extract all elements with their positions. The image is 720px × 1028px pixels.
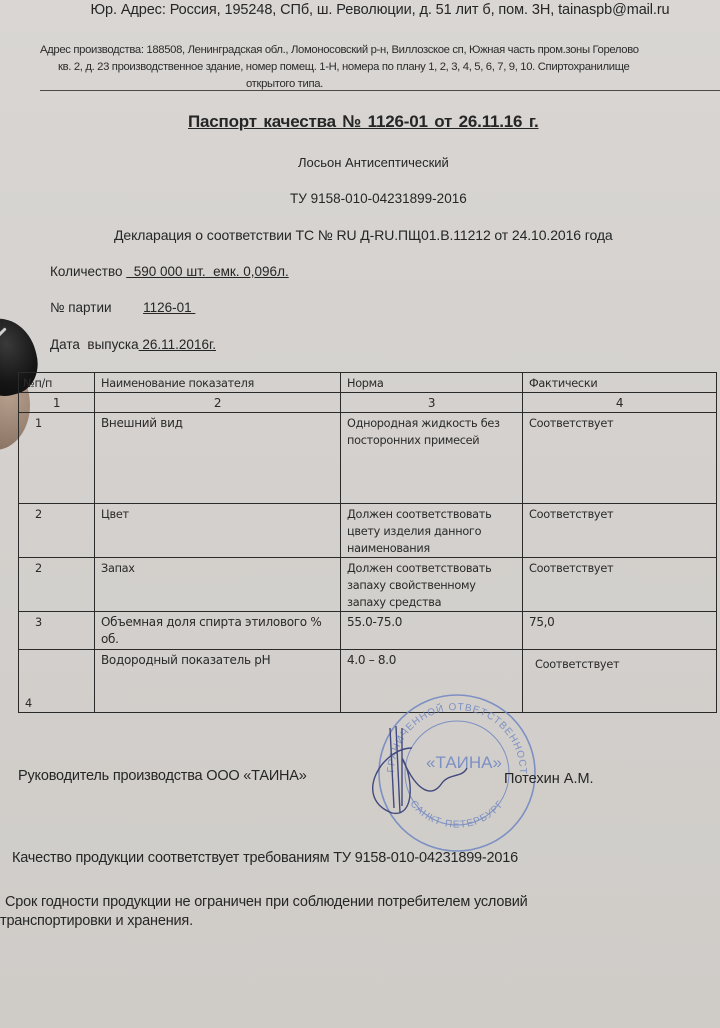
- batch-field: № партии 1126-01: [50, 300, 195, 315]
- release-date-field: Дата выпуска 26.11.2016г.: [50, 337, 216, 352]
- signer-name: Потехин А.М.: [504, 771, 594, 787]
- release-label: Дата выпуска: [50, 337, 139, 352]
- tu-code: ТУ 9158-010-04231899-2016: [290, 191, 467, 206]
- quantity-value: 590 000 шт. емк. 0,096л.: [126, 264, 288, 279]
- shelf-life-note: Срок годности продукции не ограничен при…: [0, 893, 528, 931]
- row-actual: Соответствует: [523, 413, 717, 504]
- column-number-cell: 2: [95, 393, 341, 413]
- row-actual: Соответствует: [523, 558, 717, 612]
- quantity-label: Количество: [50, 264, 123, 279]
- column-number-cell: 1: [19, 393, 95, 413]
- legal-address: Юр. Адрес: Россия, 195248, СПб, ш. Револ…: [0, 2, 720, 18]
- row-actual: 75,0: [523, 612, 717, 650]
- production-address-line: Адрес производства: 188508, Ленинградска…: [40, 42, 720, 59]
- batch-label: № партии: [50, 300, 112, 315]
- stamp-center-text: «ТАИНА»: [426, 753, 502, 772]
- row-name: Водородный показатель рН: [95, 650, 341, 713]
- product-name: Лосьон Антисептический: [298, 155, 449, 170]
- production-address-line: кв. 2, д. 23 производственное здание, но…: [40, 59, 720, 76]
- production-address: Адрес производства: 188508, Ленинградска…: [40, 42, 720, 93]
- row-norm: Однородная жидкость без посторонних прим…: [341, 413, 523, 504]
- row-actual: Соответствует: [523, 650, 717, 713]
- row-name: Запах: [95, 558, 341, 612]
- column-number-cell: 4: [523, 393, 717, 413]
- row-name: Цвет: [95, 504, 341, 558]
- table-header-row: №п/п Наименование показателя Норма Факти…: [19, 373, 717, 393]
- batch-value: 1126-01: [143, 300, 195, 315]
- table-row: 4 Водородный показатель рН 4.0 – 8.0 Соо…: [19, 650, 717, 713]
- row-name: Внешний вид: [95, 413, 341, 504]
- table-row: 2 Запах Должен соответствовать запаху св…: [19, 558, 717, 612]
- header-divider: [40, 90, 720, 91]
- signature-label: Руководитель производства ООО «ТАИНА»: [18, 768, 307, 784]
- row-number: 2: [19, 558, 95, 612]
- header-cell: Фактически: [523, 373, 717, 393]
- header-cell: №п/п: [19, 373, 95, 393]
- row-number: 3: [19, 612, 95, 650]
- row-norm: Должен соответствовать запаху свойственн…: [341, 558, 523, 612]
- row-number: 1: [19, 413, 95, 504]
- declaration: Декларация о соответствии ТС № RU Д-RU.П…: [114, 227, 613, 243]
- table-row: 1 Внешний вид Однородная жидкость без по…: [19, 413, 717, 504]
- quantity-field: Количество 590 000 шт. емк. 0,096л.: [50, 264, 289, 279]
- table-row: 2 Цвет Должен соответствовать цвету изде…: [19, 504, 717, 558]
- stamp-ring-bottom: САНКТ-ПЕТЕРБУРГ: [408, 799, 507, 831]
- column-number-cell: 3: [341, 393, 523, 413]
- row-norm: Должен соответствовать цвету изделия дан…: [341, 504, 523, 558]
- quality-table: №п/п Наименование показателя Норма Факти…: [18, 372, 717, 713]
- shelf-life-line: транспортировки и хранения.: [0, 912, 528, 931]
- header-cell: Наименование показателя: [95, 373, 341, 393]
- row-number: 2: [19, 504, 95, 558]
- row-actual: Соответствует: [523, 504, 717, 558]
- row-name: Объемная доля спирта этилового % об.: [95, 612, 341, 650]
- table-row: 3 Объемная доля спирта этилового % об. 5…: [19, 612, 717, 650]
- release-value: 26.11.2016г.: [139, 337, 216, 352]
- document-title: Паспорт качества № 1126-01 от 26.11.16 г…: [188, 112, 539, 132]
- quality-compliance-note: Качество продукции соответствует требова…: [12, 850, 518, 866]
- row-norm: 55.0-75.0: [341, 612, 523, 650]
- header-cell: Норма: [341, 373, 523, 393]
- row-number: 4: [19, 650, 95, 713]
- shelf-life-line: Срок годности продукции не ограничен при…: [0, 893, 528, 912]
- svg-text:САНКТ-ПЕТЕРБУРГ: САНКТ-ПЕТЕРБУРГ: [408, 799, 507, 831]
- table-column-number-row: 1 2 3 4: [19, 393, 717, 413]
